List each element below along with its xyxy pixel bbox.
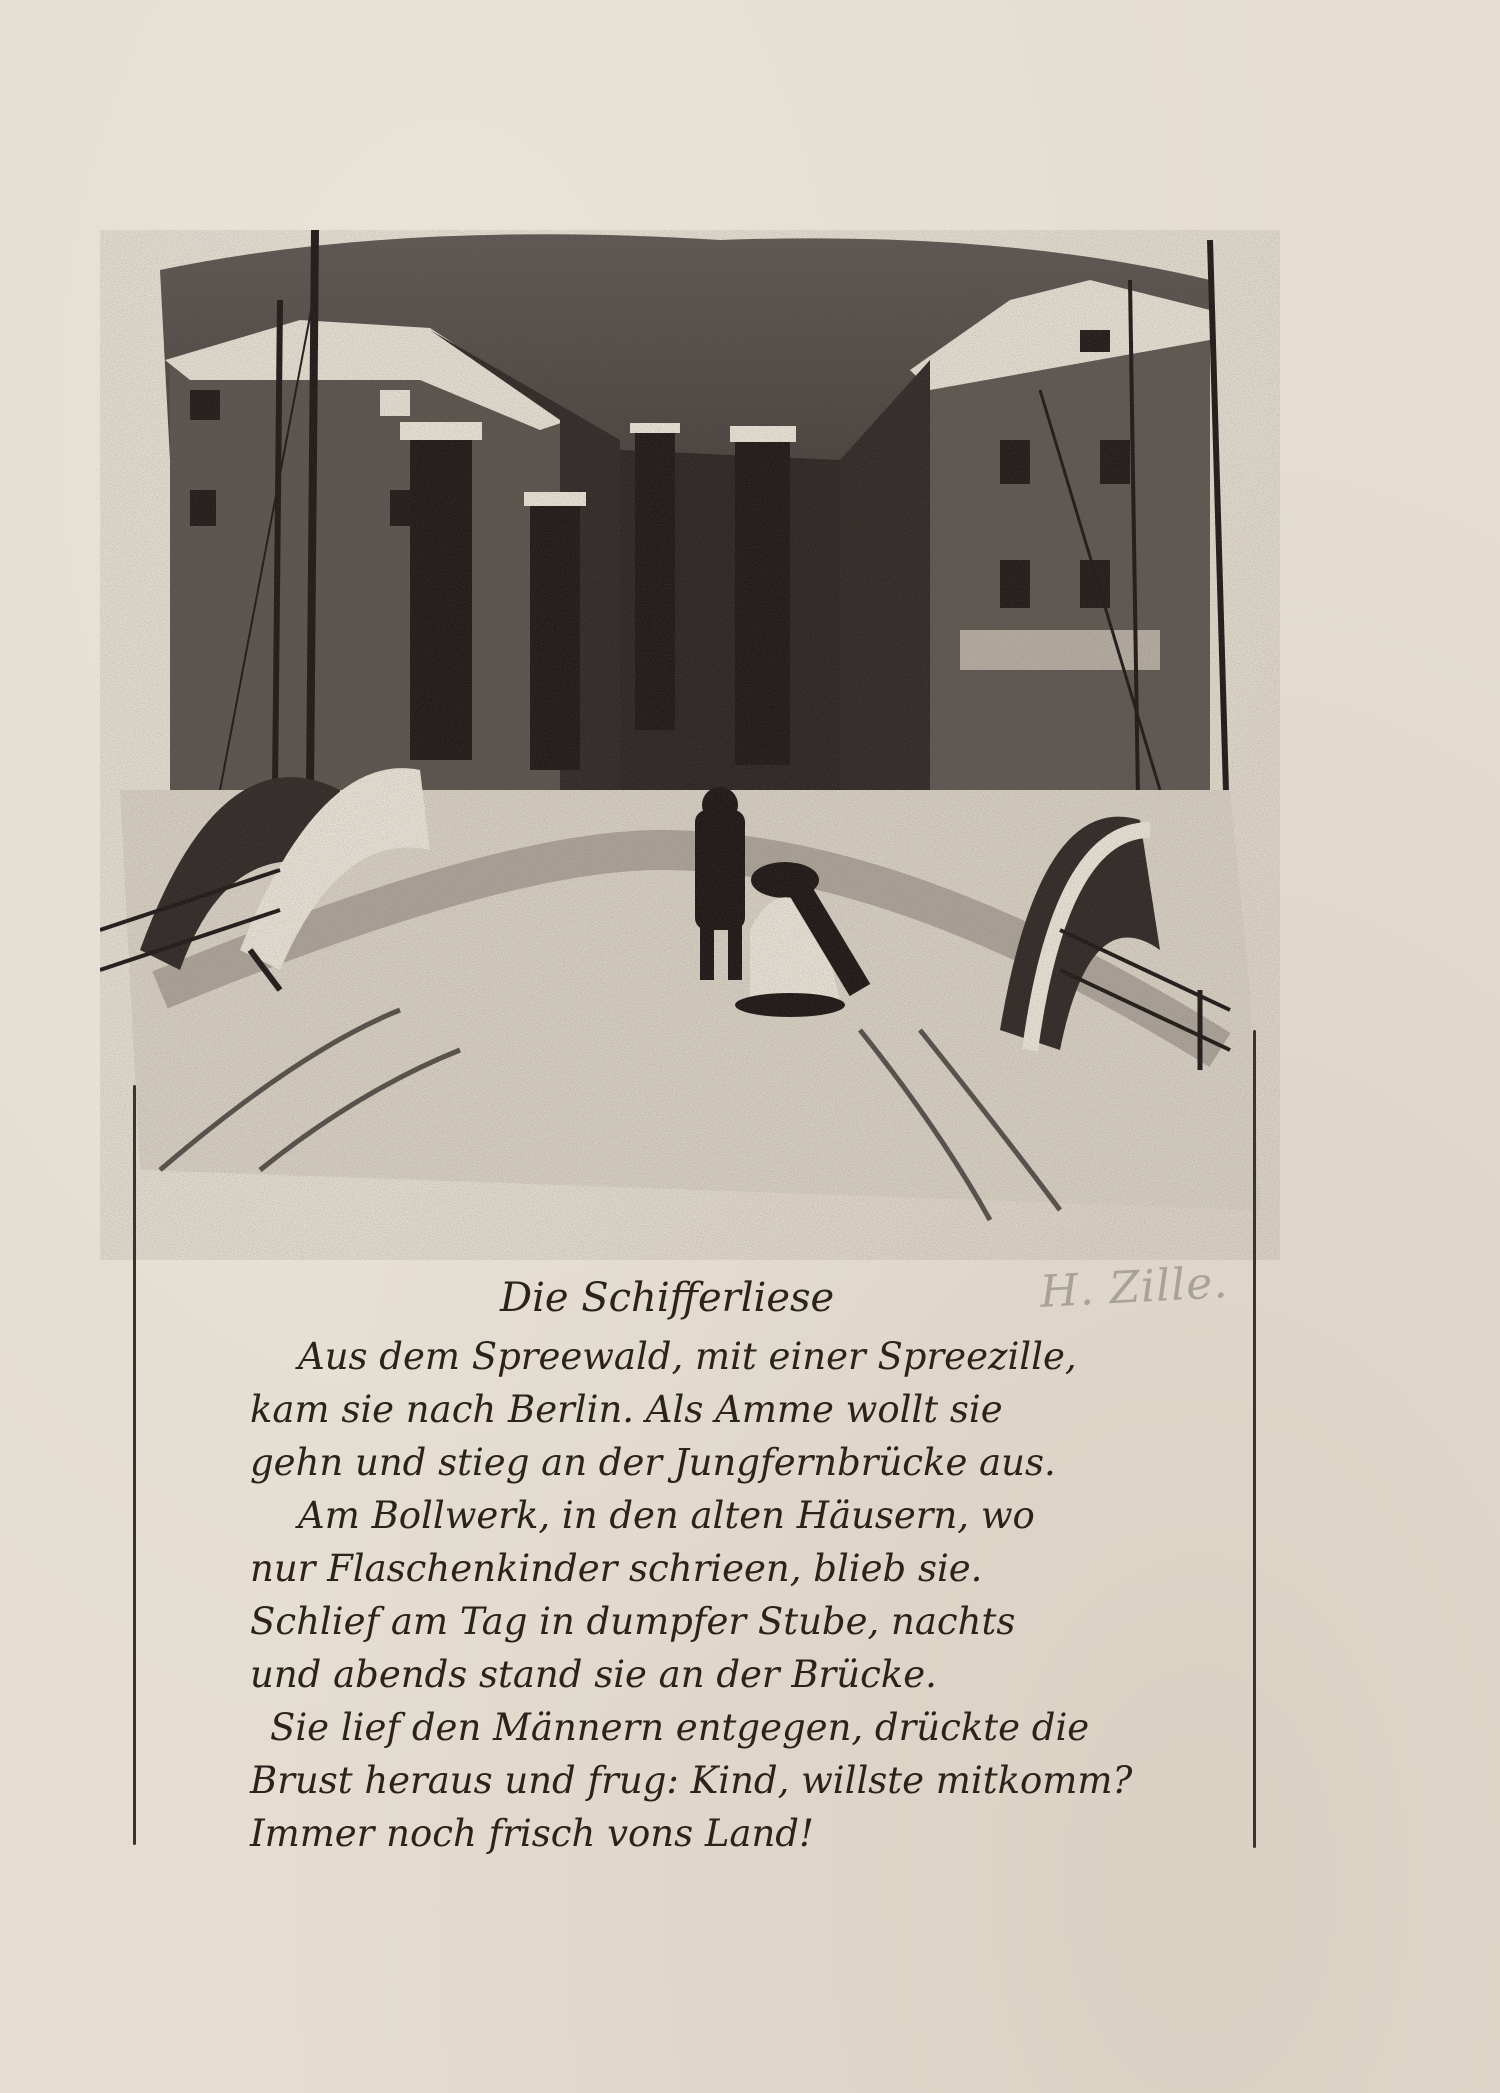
poem-line: Schlief am Tag in dumpfer Stube, nachts: [250, 1595, 1150, 1648]
poem-line: Sie lief den Männern entgegen, drückte d…: [250, 1701, 1150, 1754]
poem-line: Am Bollwerk, in den alten Häusern, wo: [250, 1489, 1150, 1542]
poem-line: Immer noch frisch vons Land!: [250, 1807, 1150, 1860]
poem-line: Aus dem Spreewald, mit einer Spreezille,: [250, 1330, 1150, 1383]
poem-text: Aus dem Spreewald, mit einer Spreezille,…: [250, 1330, 1150, 1860]
lithograph-illustration: [100, 230, 1280, 1260]
poem-line: kam sie nach Berlin. Als Amme wollt sie: [250, 1383, 1150, 1436]
frame-border-right: [1253, 1030, 1256, 1848]
poem-line: Brust heraus und frug: Kind, willste mit…: [250, 1754, 1150, 1807]
poem-line: und abends stand sie an der Brücke.: [250, 1648, 1150, 1701]
frame-border-left: [133, 1085, 136, 1845]
artist-signature: H. Zille.: [1039, 1257, 1230, 1318]
poem-line: gehn und stieg an der Jungfernbrücke aus…: [250, 1436, 1150, 1489]
poem-title: Die Schifferliese: [500, 1275, 834, 1321]
poem-line: nur Flaschenkinder schrieen, blieb sie.: [250, 1542, 1150, 1595]
